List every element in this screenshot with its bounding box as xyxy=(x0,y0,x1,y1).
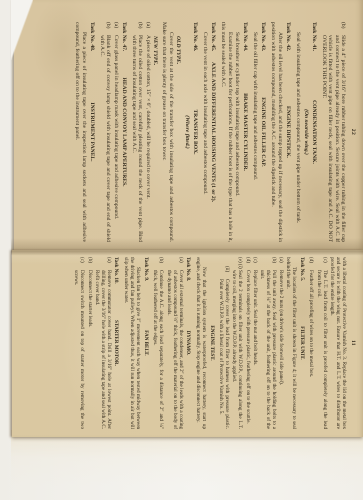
task-heading: Task No. 41.CONDENSATION TANK. xyxy=(311,22,318,242)
task-heading: Task No. 10.STARTER MOTOR. xyxy=(113,257,119,429)
page-number: 11 xyxy=(350,257,356,429)
item-text: The L.T. lead from coil to filter unit i… xyxy=(316,270,328,429)
item-text: Blank off end of convoy lamp shield with… xyxy=(99,35,112,242)
paragraph: Cover the vent at the side of the transf… xyxy=(161,22,174,242)
item-text: Place the oiled cotton over vent, carefu… xyxy=(131,35,144,242)
page-11: 11 with a liberal coating of Protective … xyxy=(12,250,363,437)
task-heading: Task No. 9.FAN BELT. xyxy=(143,257,149,429)
item-label: (ii) xyxy=(224,266,230,272)
item-text: Disconnect the starter leads. xyxy=(87,270,93,327)
list-item: (c)The L.T. lead from coil to filter uni… xyxy=(315,257,327,429)
section-title: ENGINE TEST. xyxy=(209,325,215,360)
spine-gutter-shadow xyxy=(11,238,363,264)
paragraph: Slacken fan belt to give 1″ movement eac… xyxy=(123,257,141,429)
item-text: Remove the 2 nuts (on driver's side foot… xyxy=(278,270,284,385)
item-label: (b) xyxy=(137,22,144,29)
task-heading: Task No. 47.HEAD AND CONVOY LAMP APERTUR… xyxy=(121,22,128,242)
paragraph: Place a piece of insulating tape over th… xyxy=(74,22,87,242)
scanned-document: 22 (b)Slide a 4″ piece of 3/16″ bore rub… xyxy=(0,0,363,500)
page-sections: (b)Slide a 4″ piece of 3/16″ bore rubber… xyxy=(74,22,347,242)
paragraph: After the oil level has been checked, an… xyxy=(270,22,283,242)
item-text: Disconnect switch mounted on top of star… xyxy=(73,270,85,429)
task-heading: Task No. 43.ENGINE OIL FILLER CAP. xyxy=(260,22,267,242)
section-title: DYNAMO. xyxy=(185,331,191,356)
list-item: (b)Blank off end of convoy lamp shield w… xyxy=(99,22,112,242)
section-subtitle: (On nearside wing.) xyxy=(303,22,310,242)
section-title: INSTRUMENT PANEL. xyxy=(89,102,96,161)
task-heading: Task No. 45.AXLE AND DIFFERENTIAL HOUSIN… xyxy=(210,22,217,242)
item-text: Cover all external terminals, the conden… xyxy=(166,270,184,429)
section-title: BRAKE MASTER CYLINDER. xyxy=(242,93,249,171)
page-content: 11 with a liberal coating of Protective … xyxy=(20,257,356,429)
item-text: Cover glass panel in headlamp mask with … xyxy=(113,35,119,219)
task-number: Task No. 45. xyxy=(210,22,217,51)
item-text: Seal the 2 terminals on filter unit with… xyxy=(231,270,243,429)
section-title: ENGINE DIPSTICK. xyxy=(285,106,292,158)
paragraph: with a liberal coating of Protective Var… xyxy=(329,257,347,429)
paragraph: Seal breather at cylinder top with insul… xyxy=(234,22,241,242)
list-item: (b)Slide a 4″ piece of 3/16″ bore rubber… xyxy=(321,22,347,242)
task-number: Task No. 44. xyxy=(242,22,249,51)
list-item: (b)Continue the A.C. along each lead sep… xyxy=(152,257,164,429)
paragraph: Cover the vent in each axle with insulat… xyxy=(202,22,209,242)
section-subtitle: (Where fitted.) xyxy=(184,22,191,242)
item-label: (b) xyxy=(340,22,347,29)
item-label: (a) xyxy=(145,22,152,28)
list-item: (b)Pull the unit away. Seal with pressur… xyxy=(259,257,277,429)
section-title: ENGINE OIL FILLER CAP. xyxy=(260,97,267,166)
item-text: Slide a 4″ piece of 3/16″ bore rubber tu… xyxy=(321,35,347,242)
task-heading: ENGINE TEST. xyxy=(209,257,215,429)
item-text: Replace filter unit. Seal the nut and bo… xyxy=(252,270,258,365)
task-heading: Task No. 5.FILTER UNIT. xyxy=(299,257,305,429)
task-number: Task No. 41. xyxy=(311,22,318,51)
list-item: (b)Place the oiled cotton over vent, car… xyxy=(131,22,144,242)
item-text: Feather off all proofing of wires on to … xyxy=(308,270,314,377)
type-label: OLD TYPE. xyxy=(175,36,182,242)
page-number: 22 xyxy=(350,22,357,242)
list-item: (c)Replace filter unit. Seal the nut and… xyxy=(252,257,258,429)
item-text: Cover box completely with pressure plast… xyxy=(245,270,251,424)
item-text: Remove commutator cover band. Drill a 3/… xyxy=(94,270,112,429)
item-text: Continue the A.C. along each lead separa… xyxy=(152,270,164,429)
item-label: (b) xyxy=(105,22,112,29)
section-title: FILTER UNIT. xyxy=(299,326,305,359)
section-title: CONDENSATION TANK. xyxy=(311,100,318,164)
page-content: 22 (b)Slide a 4″ piece of 3/16″ bore rub… xyxy=(22,22,356,242)
list-item: (c)Disconnect switch mounted on top of s… xyxy=(73,257,85,429)
item-text: Pull the unit away. Seal with pressure p… xyxy=(259,270,277,429)
list-item: (ii)Completely cover the lead from filte… xyxy=(218,257,230,429)
list-item: (e) (i)Seal the 2 terminals on filter un… xyxy=(231,257,243,429)
task-number: Task No. 43. xyxy=(260,22,267,51)
task-number: Task No. 48. xyxy=(89,22,96,51)
list-item: (a)Cover all external terminals, the con… xyxy=(165,257,183,429)
list-item: (b)Disconnect the starter leads. xyxy=(86,257,92,429)
item-text: Completely cover the lead from filter to… xyxy=(218,279,230,429)
task-heading: Task No. 44.BRAKE MASTER CYLINDER. xyxy=(242,22,249,242)
page-sections: with a liberal coating of Protective Var… xyxy=(73,257,347,429)
task-heading: Task No. 42.ENGINE DIPSTICK. xyxy=(285,22,292,242)
paragraph: Seal the oil filler cap with insulating … xyxy=(252,22,259,242)
list-item: (d)Cover box completely with pressure pl… xyxy=(245,257,251,429)
item-text: A piece of oiled cotton, 15″ × 6″, doubl… xyxy=(145,35,151,199)
task-heading: Task No. 48.INSTRUMENT PANEL. xyxy=(89,22,96,242)
type-label: NEW TYPE. xyxy=(152,36,159,242)
page-22: 22 (b)Slide a 4″ piece of 3/16″ bore rub… xyxy=(14,0,363,252)
list-item: (d)Feather off all proofing of wires on … xyxy=(308,257,314,429)
section-title: HEAD AND CONVOY LAMP APERTURES. xyxy=(121,77,128,186)
task-number: Task No. 46. xyxy=(192,22,199,51)
list-item: (a)A piece of oiled cotton, 15″ × 6″, do… xyxy=(145,22,152,242)
section-title: AXLE AND DIFFERENTIAL HOUSING VENTS (1 o… xyxy=(210,62,217,202)
paragraph: Now that the ignition system is waterpro… xyxy=(195,257,207,429)
task-heading: Task No. 46.TRANSFER BOX. xyxy=(192,22,199,242)
section-title: TRANSFER BOX. xyxy=(192,109,199,154)
paragraph: Examine the rubber boot for perforations… xyxy=(220,22,233,242)
underlying-page-edge xyxy=(11,430,363,500)
list-item: (a)Cover glass panel in headlamp mask wi… xyxy=(113,22,120,242)
book-spread: 22 (b)Slide a 4″ piece of 3/16″ bore rub… xyxy=(0,0,363,500)
item-label: (a) xyxy=(113,22,120,28)
task-number: Task No. 47. xyxy=(121,22,128,51)
list-item: (a)Remove commutator cover band. Drill a… xyxy=(94,257,112,429)
list-item: (a)Remove the 2 nuts (on driver's side f… xyxy=(278,257,284,429)
paragraph: The location of the filter unit is shown… xyxy=(285,257,297,429)
task-heading: Task No. 8.DYNAMO. xyxy=(185,257,191,429)
page-corner xyxy=(11,0,33,60)
section-title: FAN BELT. xyxy=(143,330,149,355)
task-number: Task No. 42. xyxy=(285,22,292,51)
section-title: STARTER MOTOR. xyxy=(113,320,119,366)
paragraph: Seal with insulating tape and asbestos c… xyxy=(295,22,302,242)
